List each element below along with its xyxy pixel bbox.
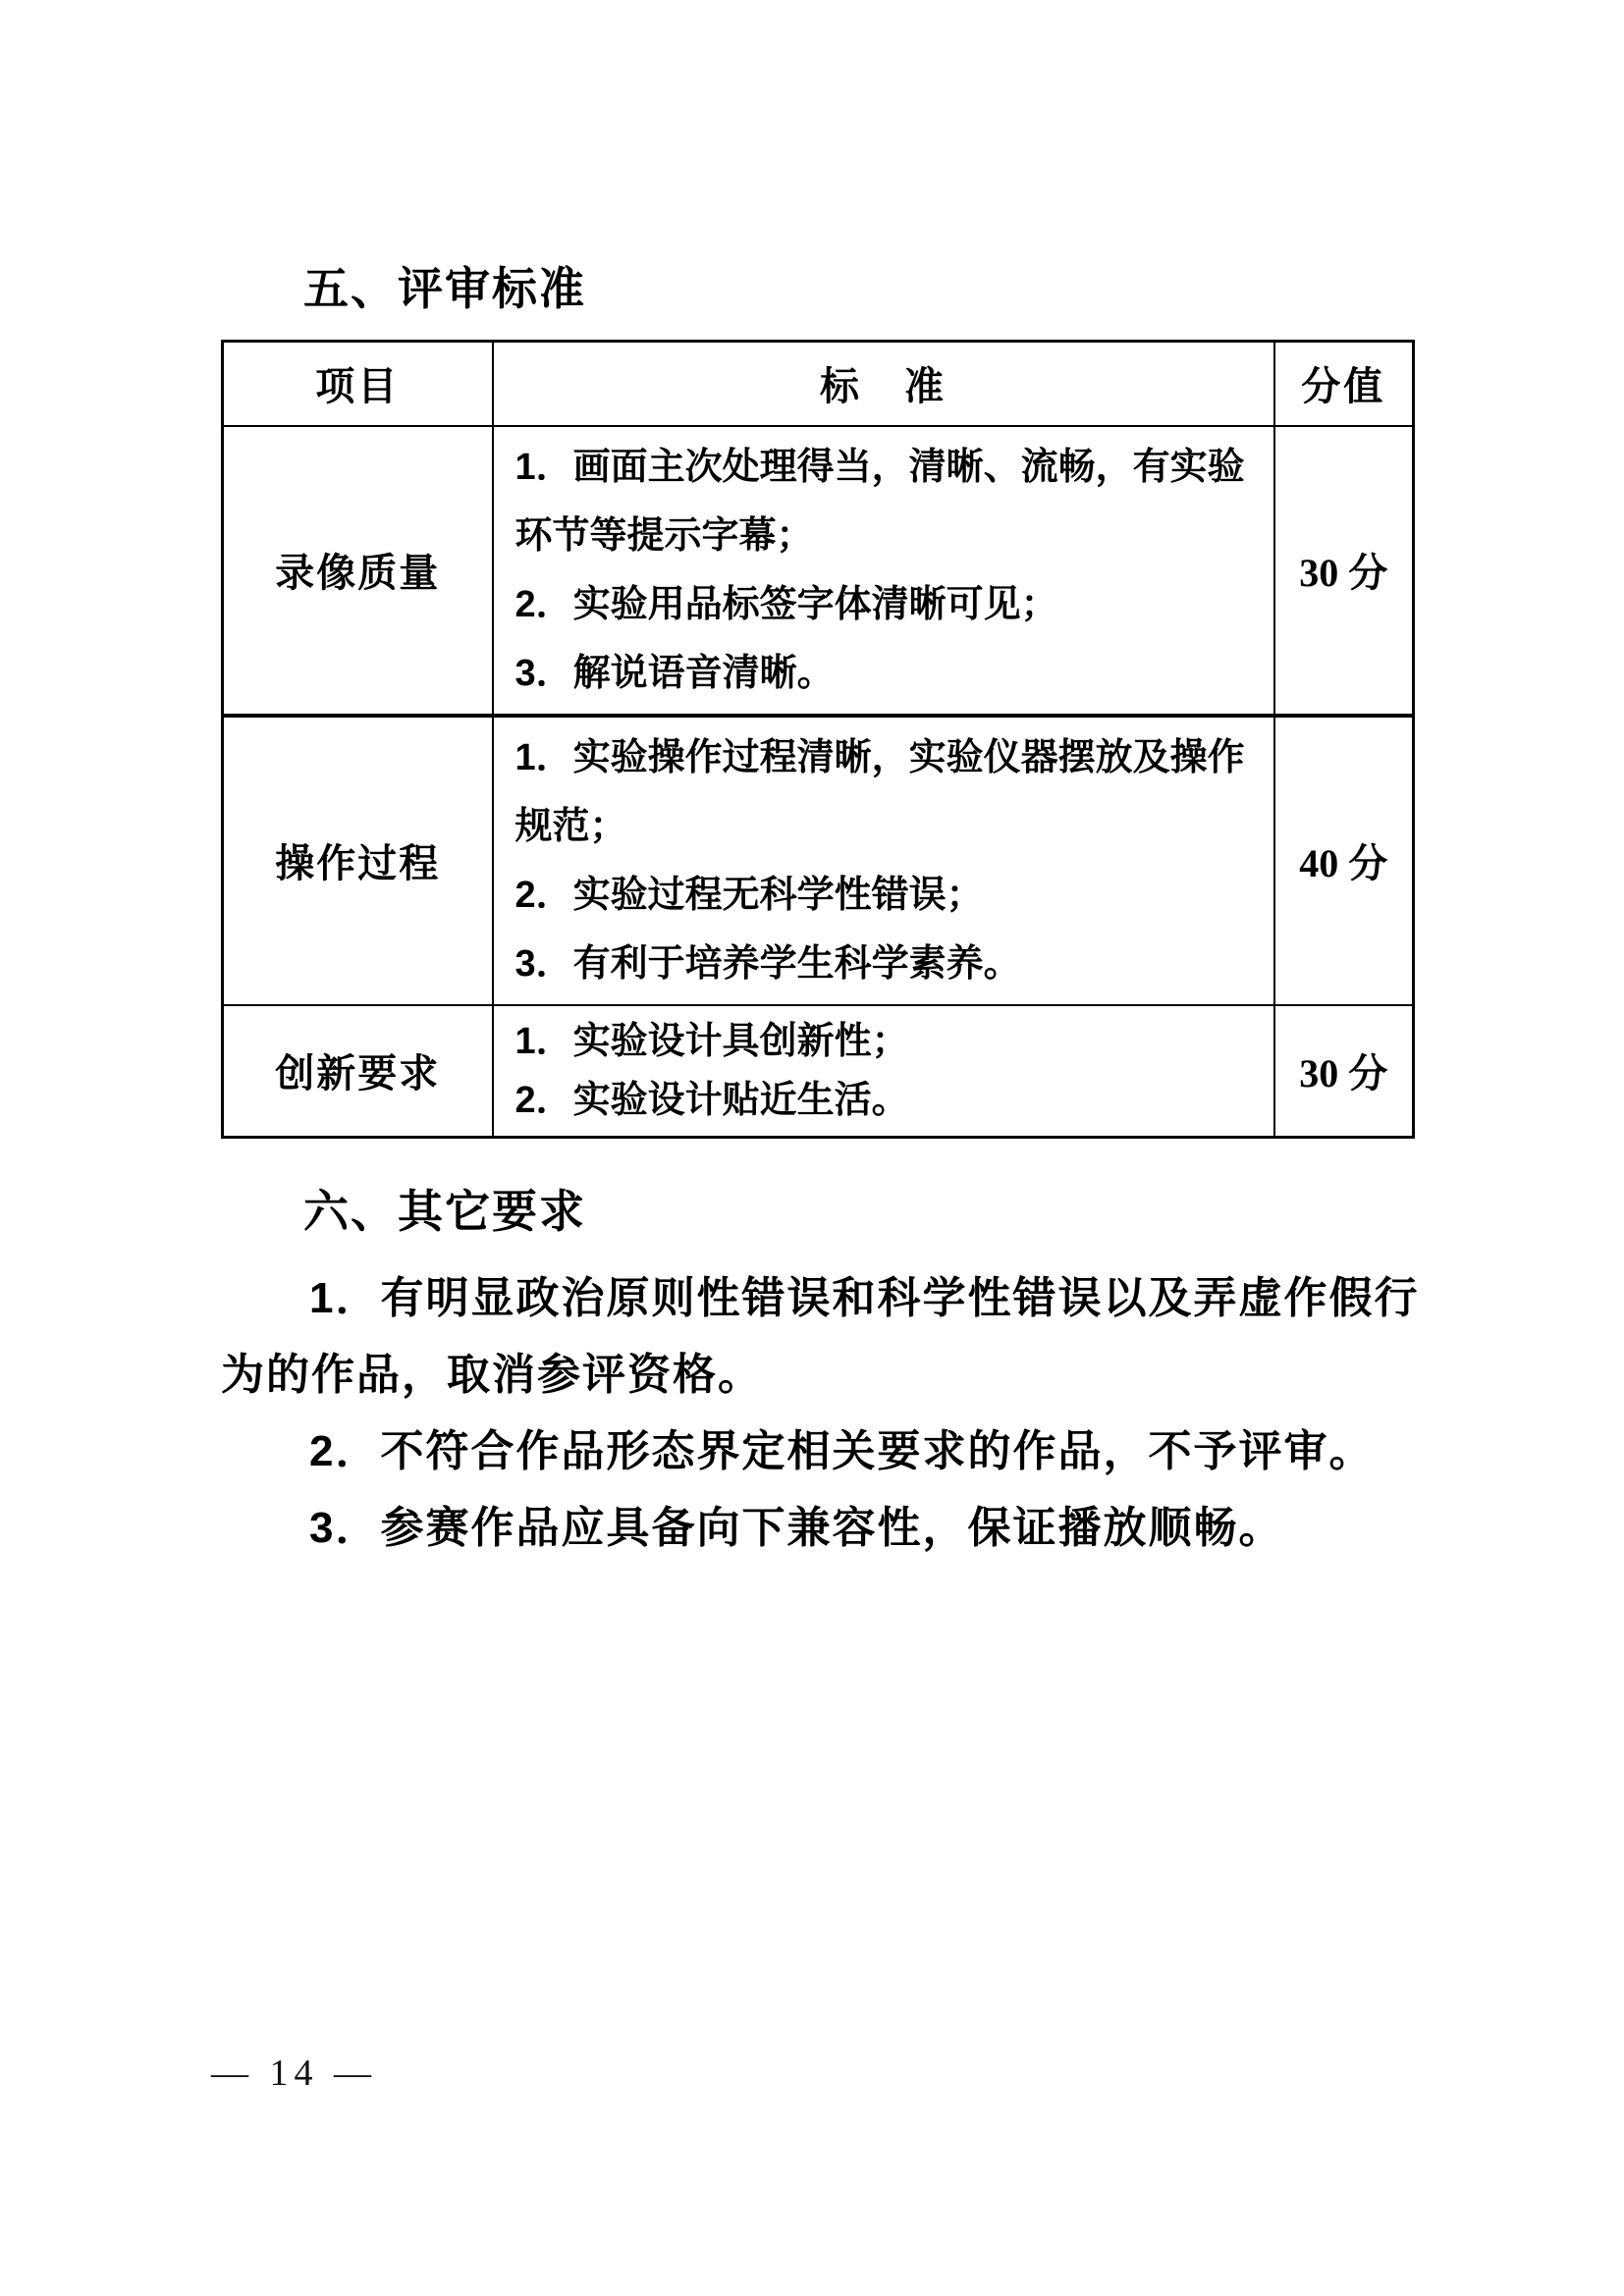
criteria-cell: 1．实验设计具创新性； 2．实验设计贴近生活。 — [493, 1005, 1274, 1138]
header-score: 分值 — [1274, 342, 1414, 426]
page-content: 五、评审标准 项目 标 准 分值 录像质量 1．画面主次处理得当，清晰、流畅，有… — [221, 257, 1438, 1567]
table-row: 操作过程 1．实验操作过程清晰，实验仪器摆放及操作规范； 2．实验过程无科学性错… — [223, 716, 1414, 1005]
criteria-line: 2．实验用品标签字体清晰可见； — [515, 570, 1260, 639]
section-5-heading: 五、评审标准 — [221, 257, 1438, 320]
criteria-line: 1．画面主次处理得当，清晰、流畅，有实验环节等提示字幕； — [515, 433, 1260, 570]
requirement-paragraph: 1．有明显政治原则性错误和科学性错误以及弄虚作假行为的作品，取消参评资格。 — [221, 1260, 1434, 1414]
table-row: 创新要求 1．实验设计具创新性； 2．实验设计贴近生活。 30 分 — [223, 1005, 1414, 1138]
table-header-row: 项目 标 准 分值 — [223, 342, 1414, 426]
criteria-line: 3．解说语音清晰。 — [515, 639, 1260, 708]
page-number: — 14 — — [211, 2052, 377, 2095]
criteria-line: 2．实验过程无科学性错误； — [515, 861, 1260, 930]
criteria-line: 1．实验设计具创新性； — [515, 1012, 1260, 1071]
score-cell: 40 分 — [1274, 716, 1414, 1005]
score-cell: 30 分 — [1274, 426, 1414, 716]
table-row: 录像质量 1．画面主次处理得当，清晰、流畅，有实验环节等提示字幕； 2．实验用品… — [223, 426, 1414, 716]
item-cell: 操作过程 — [223, 716, 493, 1005]
requirement-paragraph: 2．不符合作品形态界定相关要求的作品，不予评审。 — [221, 1414, 1434, 1490]
header-standard: 标 准 — [493, 342, 1274, 426]
criteria-table: 项目 标 准 分值 录像质量 1．画面主次处理得当，清晰、流畅，有实验环节等提示… — [221, 340, 1415, 1139]
item-cell: 录像质量 — [223, 426, 493, 716]
criteria-line: 2．实验设计贴近生活。 — [515, 1071, 1260, 1130]
document-page: 五、评审标准 项目 标 准 分值 录像质量 1．画面主次处理得当，清晰、流畅，有… — [0, 0, 1624, 2296]
criteria-line: 3．有利于培养学生科学素养。 — [515, 930, 1260, 998]
criteria-line: 1．实验操作过程清晰，实验仪器摆放及操作规范； — [515, 723, 1260, 861]
header-item: 项目 — [223, 342, 493, 426]
item-cell: 创新要求 — [223, 1005, 493, 1138]
requirement-paragraph: 3．参赛作品应具备向下兼容性，保证播放顺畅。 — [221, 1490, 1434, 1567]
section-6-heading: 六、其它要求 — [221, 1180, 1438, 1243]
criteria-cell: 1．实验操作过程清晰，实验仪器摆放及操作规范； 2．实验过程无科学性错误； 3．… — [493, 716, 1274, 1005]
criteria-cell: 1．画面主次处理得当，清晰、流畅，有实验环节等提示字幕； 2．实验用品标签字体清… — [493, 426, 1274, 716]
other-requirements: 1．有明显政治原则性错误和科学性错误以及弄虚作假行为的作品，取消参评资格。 2．… — [221, 1260, 1438, 1567]
score-cell: 30 分 — [1274, 1005, 1414, 1138]
